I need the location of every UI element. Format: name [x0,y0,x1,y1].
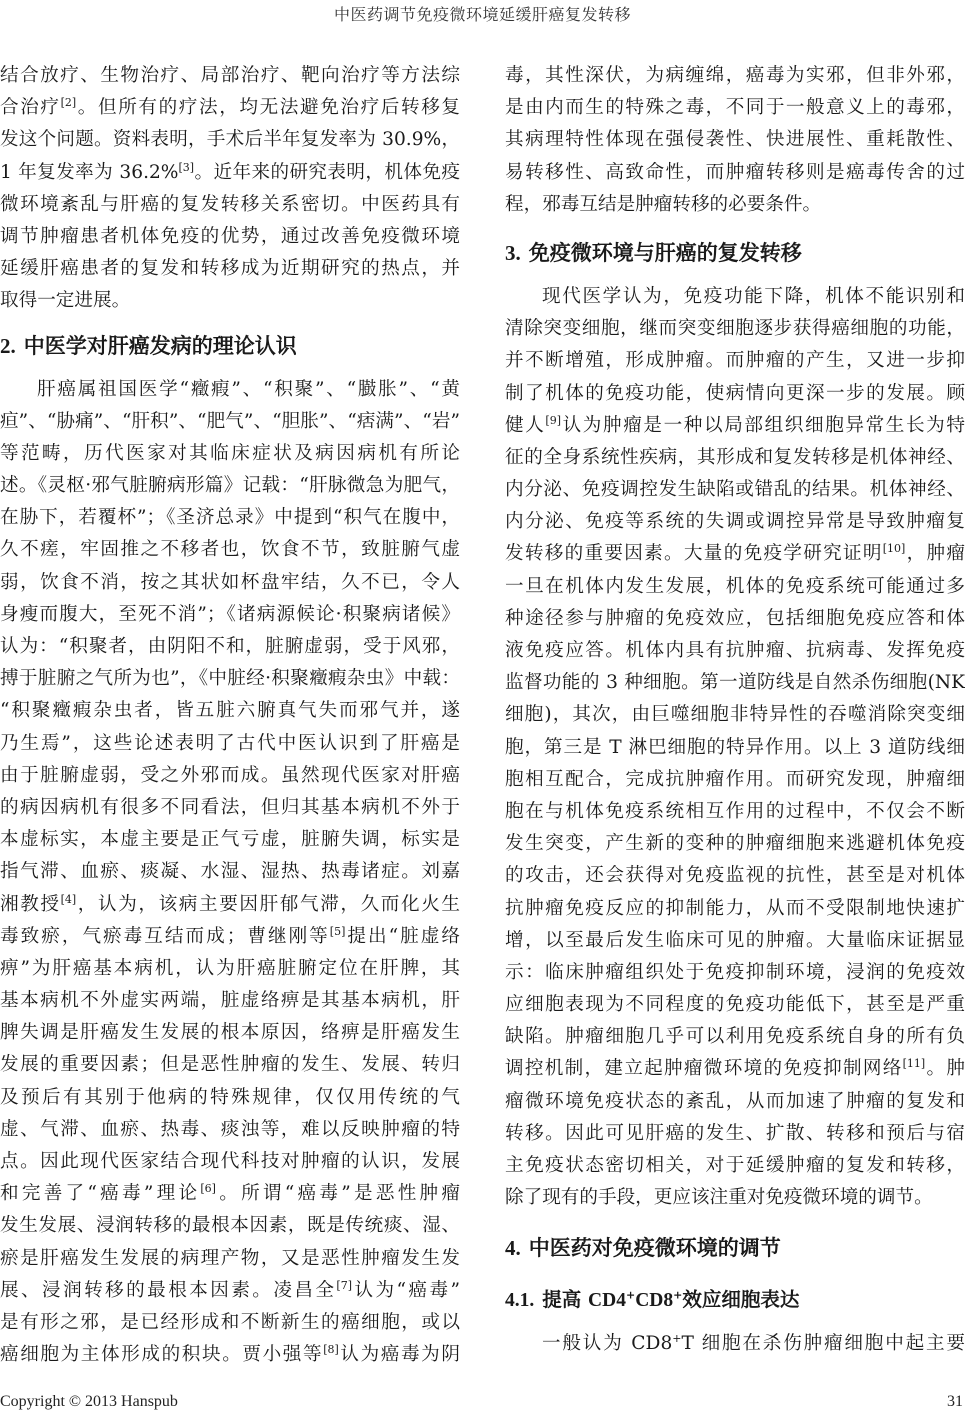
section-4-heading: 4.中医药对免疫微环境的调节 [505,1220,965,1276]
text-run: ，肿瘤 [905,543,965,564]
text-line: 痹”为肝癌基本病机，认为肝癌脏腑定位在肝脾，其 [0,953,460,985]
text-run: 由于脏腑虚弱，受之外邪而成。虽然现代医家对肝癌 [0,765,460,786]
section-number: 4. [505,1236,521,1260]
right-column: 毒，其性深伏，为病缠绵，癌毒为实邪，但非外邪，是由内而生的特殊之毒，不同于一般意… [505,60,965,1361]
citation-superscript: [9] [545,414,561,427]
citation-superscript: [10] [883,542,906,555]
superscript-plus: + [626,1289,635,1302]
text-line: 发展的重要因素；但是恶性肿瘤的发生、发展、转归 [0,1049,460,1081]
text-run: 发展的重要因素；但是恶性肿瘤的发生、发展、转归 [0,1054,460,1075]
text-run: T 细胞在杀伤肿瘤细胞中起主要 [682,1333,965,1354]
section-4-1-body: 一般认为 CD8+T 细胞在杀伤肿瘤细胞中起主要 [505,1328,965,1360]
continuation-paragraph: 毒，其性深伏，为病缠绵，癌毒为实邪，但非外邪，是由内而生的特殊之毒，不同于一般意… [505,60,965,221]
text-line: 增，以至最后发生临床可见的肿瘤。大量临床证据显 [505,925,965,957]
text-line: 虚、气滞、血瘀、热毒、痰浊等，难以反映肿瘤的特 [0,1114,460,1146]
text-line: 易转移性、高致命性，而肿瘤转移则是癌毒传舍的过 [505,157,965,189]
text-run: 主免疫状态密切相关，对于延缓肿瘤的复发和转移， [505,1155,965,1176]
text-line: 延缓肝癌患者的复发和转移成为近期研究的热点，并 [0,253,460,285]
text-line: 发生突变，产生新的变种的肿瘤细胞来逃避机体免疫 [505,828,965,860]
text-run: 搏于脏腑之气所为也”，《中脏经·积聚癥瘕杂虫》中载： [0,668,460,689]
text-run: “积聚癥瘕杂虫者，皆五脏六腑真气失而邪气并，遂 [0,700,460,721]
text-run: 指气滞、血瘀、痰凝、水湿、湿热、热毒诸症。刘嘉 [0,861,460,882]
text-line: 瘀是肝癌发生发展的病理产物，又是恶性肿瘤发生发 [0,1243,460,1275]
text-run: 及预后有其别于他病的特殊规律，仅仅用传统的气 [0,1087,460,1108]
text-line: 细胞)，其次，由巨噬细胞非特异性的吞噬消除突变细 [505,699,965,731]
citation-superscript: [11] [903,1057,926,1070]
text-line: 的攻击，还会获得对免疫监视的抗性，甚至是对机体 [505,860,965,892]
intro-paragraph: 结合放疗、生物治疗、局部治疗、靶向治疗等方法综合治疗[2]。但所有的疗法，均无法… [0,60,460,318]
citation-superscript: [8] [323,1343,339,1356]
text-run: 制了机体的免疫功能，使病情向更深一步的发展。顾 [505,383,965,404]
text-run: 的病因病机有很多不同看法，但归其基本病机不外于 [0,797,460,818]
text-run: 健人 [505,415,545,436]
section-2-heading: 2.中医学对肝癌发病的理论认识 [0,318,460,374]
citation-superscript: [3] [178,160,194,173]
text-line: 内分泌、免疫等系统的失调或调控异常是导致肿瘤复 [505,506,965,538]
copyright-footer: Copyright © 2013 Hanspub [0,1393,178,1411]
left-column: 结合放疗、生物治疗、局部治疗、靶向治疗等方法综合治疗[2]。但所有的疗法，均无法… [0,60,460,1371]
text-run: 胞相互配合，完成抗肿瘤作用。而研究发现，肿瘤细 [505,769,965,790]
text-run: 缺陷。肿瘤细胞几乎可以利用免疫系统自身的所有负 [505,1026,965,1047]
section-number: 3. [505,241,521,265]
cd4-label: CD4 [588,1290,626,1311]
text-line: 湘教授[4]，认为，该病主要因肝郁气滞，久而化火生 [0,889,460,921]
text-line: 久不瘥，牢固推之不移者也，饮食不节，致脏腑气虚 [0,534,460,566]
text-run: 发转移的重要因素。大量的免疫学研究证明 [505,543,883,564]
text-line: 抗肿瘤免疫反应的抑制能力，从而不受限制地快速扩 [505,893,965,925]
text-run: 身瘦而腹大，至死不消”；《诸病源候论·积聚病诸候》 [0,604,460,625]
text-run: 是有形之邪，是已经形成和不断新生的癌细胞，或以 [0,1312,460,1333]
section-number: 2. [0,334,16,358]
text-run: 久不瘥，牢固推之不移者也，饮食不节，致脏腑气虚 [0,539,460,560]
text-line: 调节肿瘤患者机体免疫的优势，通过改善免疫微环境 [0,221,460,253]
text-run: 合治疗 [0,97,61,118]
text-line: 毒致瘀，气瘀毒互结而成；曹继刚等[5]提出“脏虚络 [0,921,460,953]
text-line: 制了机体的免疫功能，使病情向更深一步的发展。顾 [505,378,965,410]
text-run: 在胁下，若覆杯”；《圣济总录》中提到“积气在腹中， [0,507,460,528]
text-run: 增，以至最后发生临床可见的肿瘤。大量临床证据显 [505,930,965,951]
text-line: 的病因病机有很多不同看法，但归其基本病机不外于 [0,792,460,824]
text-run: 的攻击，还会获得对免疫监视的抗性，甚至是对机体 [505,865,965,886]
text-line: 脾失调是肝癌发生发展的根本原因，络痹是肝癌发生 [0,1017,460,1049]
text-line: 和完善了“癌毒”理论[6]。所谓“癌毒”是恶性肿瘤 [0,1178,460,1210]
text-run: 转移。因此可见肝癌的发生、扩散、转移和预后与宿 [505,1123,965,1144]
text-line: 是有形之邪，是已经形成和不断新生的癌细胞，或以 [0,1307,460,1339]
text-run: 虚、气滞、血瘀、热毒、痰浊等，难以反映肿瘤的特 [0,1119,460,1140]
text-line: 1 年复发率为 36.2%[3]。近年来的研究表明，机体免疫 [0,157,460,189]
text-run: 认为：“积聚者，由阴阳不和，脏腑虚弱，受于风邪， [0,636,460,657]
text-line: 胞相互配合，完成抗肿瘤作用。而研究发现，肿瘤细 [505,764,965,796]
text-line: 瘤微环境免疫状态的紊乱，从而加速了肿瘤的复发和 [505,1086,965,1118]
superscript-plus: + [673,1289,682,1302]
text-run: 示：临床肿瘤组织处于免疫抑制环境，浸润的免疫效 [505,962,965,983]
text-line: 液免疫应答。机体内具有抗肿瘤、抗病毒、发挥免疫 [505,635,965,667]
text-line: 一般认为 CD8+T 细胞在杀伤肿瘤细胞中起主要 [505,1328,965,1360]
text-line: 健人[9]认为肿瘤是一种以局部组织细胞异常生长为特 [505,410,965,442]
text-line: 乃生焉”，这些论述表明了古代中医认识到了肝癌是 [0,728,460,760]
citation-superscript: [2] [61,96,77,109]
text-run: 清除突变细胞，继而突变细胞逐步获得癌细胞的功能， [505,318,965,339]
text-run: ，认为，该病主要因肝郁气滞，久而化火生 [76,894,460,915]
text-run: 点。因此现代医家结合现代科技对肿瘤的认识，发展 [0,1151,460,1172]
text-run: 除了现有的手段，更应该注重对免疫微环境的调节。 [505,1187,933,1208]
text-line: 除了现有的手段，更应该注重对免疫微环境的调节。 [505,1182,965,1214]
text-run: 提出“脏虚络 [345,926,460,947]
text-run: 毒，其性深伏，为病缠绵，癌毒为实邪，但非外邪， [505,65,965,86]
text-line: 并不断增殖，形成肿瘤。而肿瘤的产生，又进一步抑 [505,345,965,377]
text-run: 延缓肝癌患者的复发和转移成为近期研究的热点，并 [0,258,460,279]
text-line: 肝癌属祖国医学“癥瘕”、“积聚”、“臌胀”、“黄 [0,374,460,406]
text-run: 一般认为 CD8 [542,1333,672,1354]
text-run: 并不断增殖，形成肿瘤。而肿瘤的产生，又进一步抑 [505,350,965,371]
section-title: 中医药对免疫微环境的调节 [529,1236,781,1260]
text-run: 胞在与机体免疫系统相互作用的过程中，不仅会不断 [505,801,965,822]
text-line: 本虚标实，本虚主要是正气亏虚，脏腑失调，标实是 [0,824,460,856]
page-number: 31 [947,1393,963,1411]
text-line: 等范畴，历代医家对其临床症状及病因病机有所论 [0,438,460,470]
cd8-label: CD8 [635,1290,673,1311]
text-run: 毒致瘀，气瘀毒互结而成；曹继刚等 [0,926,330,947]
text-run: 应细胞表现为不同程度的免疫功能低下，甚至是严重 [505,994,965,1015]
text-line: 癌细胞为主体形成的积块。贾小强等[8]认为癌毒为阴 [0,1339,460,1371]
text-line: 指气滞、血瘀、痰凝、水湿、湿热、热毒诸症。刘嘉 [0,856,460,888]
text-run: 本虚标实，本虚主要是正气亏虚，脏腑失调，标实是 [0,829,460,850]
text-line: 监督功能的 3 种细胞。第一道防线是自然杀伤细胞(NK [505,667,965,699]
text-line: 缺陷。肿瘤细胞几乎可以利用免疫系统自身的所有负 [505,1021,965,1053]
text-line: 一旦在机体内发生发展，机体的免疫系统可能通过多 [505,571,965,603]
text-run: 易转移性、高致命性，而肿瘤转移则是癌毒传舍的过 [505,162,965,183]
text-run: 细胞)，其次，由巨噬细胞非特异性的吞噬消除突变细 [505,704,965,725]
text-run: 一旦在机体内发生发展，机体的免疫系统可能通过多 [505,576,965,597]
text-run: 抗肿瘤免疫反应的抑制能力，从而不受限制地快速扩 [505,898,965,919]
citation-superscript: + [672,1332,681,1345]
text-run: 是由内而生的特殊之毒，不同于一般意义上的毒邪， [505,97,965,118]
text-line: 微环境紊乱与肝癌的复发转移关系密切。中医药具有 [0,189,460,221]
text-run: 内分泌、免疫等系统的失调或调控异常是导致肿瘤复 [505,511,965,532]
subsection-4-1-heading: 4.1.提高 CD4+CD8+效应细胞表达 [505,1276,965,1324]
text-line: 应细胞表现为不同程度的免疫功能低下，甚至是严重 [505,989,965,1021]
text-line: 发这个问题。资料表明，手术后半年复发率为 30.9%， [0,124,460,156]
text-run: 痹”为肝癌基本病机，认为肝癌脏腑定位在肝脾，其 [0,958,460,979]
section-2-body: 肝癌属祖国医学“癥瘕”、“积聚”、“臌胀”、“黄疸”、“胁痛”、“肝积”、“肥气… [0,374,460,1372]
text-run: 乃生焉”，这些论述表明了古代中医认识到了肝癌是 [0,733,460,754]
text-run: 肝癌属祖国医学“癥瘕”、“积聚”、“臌胀”、“黄 [37,379,460,400]
text-run: 结合放疗、生物治疗、局部治疗、靶向治疗等方法综 [0,65,460,86]
text-run: 。近年来的研究表明，机体免疫 [194,162,460,183]
text-line: 内分泌、免疫调控发生缺陷或错乱的结果。机体神经、 [505,474,965,506]
text-run: 湘教授 [0,894,61,915]
text-run: 认为肿瘤是一种以局部组织细胞异常生长为特 [561,415,965,436]
text-line: 发转移的重要因素。大量的免疫学研究证明[10]，肿瘤 [505,538,965,570]
text-run: 疸”、“胁痛”、“肝积”、“肥气”、“胆胀”、“痞满”、“岩” [0,411,460,432]
text-run: 展、浸润转移的最根本因素。凌昌全 [0,1280,336,1301]
text-line: 身瘦而腹大，至死不消”；《诸病源候论·积聚病诸候》 [0,599,460,631]
text-line: 是由内而生的特殊之毒，不同于一般意义上的毒邪， [505,92,965,124]
text-line: 清除突变细胞，继而突变细胞逐步获得癌细胞的功能， [505,313,965,345]
text-run: 液免疫应答。机体内具有抗肿瘤、抗病毒、发挥免疫 [505,640,965,661]
text-line: 现代医学认为，免疫功能下降，机体不能识别和 [505,281,965,313]
citation-superscript: [5] [330,925,346,938]
text-line: 展、浸润转移的最根本因素。凌昌全[7]认为“癌毒” [0,1275,460,1307]
text-line: 点。因此现代医家结合现代科技对肿瘤的认识，发展 [0,1146,460,1178]
text-line: 认为：“积聚者，由阴阳不和，脏腑虚弱，受于风邪， [0,631,460,663]
text-run: 述。《灵枢·邪气脏腑病形篇》记载：“肝脉微急为肥气， [0,475,460,496]
text-run: 癌细胞为主体形成的积块。贾小强等 [0,1344,323,1365]
text-line: 结合放疗、生物治疗、局部治疗、靶向治疗等方法综 [0,60,460,92]
subsection-number: 4.1. [505,1290,534,1311]
text-run: 其病理特性体现在强侵袭性、快进展性、重耗散性、 [505,129,965,150]
section-title: 免疫微环境与肝癌的复发转移 [529,241,802,265]
text-line: 合治疗[2]。但所有的疗法，均无法避免治疗后转移复 [0,92,460,124]
text-line: 程，邪毒互结是肿瘤转移的必要条件。 [505,189,965,221]
text-line: 主免疫状态密切相关，对于延缓肿瘤的复发和转移， [505,1150,965,1182]
text-run: 认为“癌毒” [352,1280,460,1301]
text-line: 调控机制，建立起肿瘤微环境的免疫抑制网络[11]。肿 [505,1053,965,1085]
text-run: 弱，饮食不消，按之其状如杯盘牢结，久不已，令人 [0,572,460,593]
running-title: 中医药调节免疫微环境延缓肝癌复发转移 [0,2,965,25]
citation-superscript: [7] [336,1279,352,1292]
citation-superscript: [4] [61,892,77,905]
text-line: 弱，饮食不消，按之其状如杯盘牢结，久不已，令人 [0,567,460,599]
text-line: 发生发展、浸润转移的最根本因素，既是传统痰、湿、 [0,1210,460,1242]
text-run: 程，邪毒互结是肿瘤转移的必要条件。 [505,194,821,215]
text-line: 转移。因此可见肝癌的发生、扩散、转移和预后与宿 [505,1118,965,1150]
text-line: 毒，其性深伏，为病缠绵，癌毒为实邪，但非外邪， [505,60,965,92]
text-run: 认为癌毒为阴 [339,1344,460,1365]
text-run: 发生突变，产生新的变种的肿瘤细胞来逃避机体免疫 [505,833,965,854]
text-run: 基本病机不外虚实两端，脏虚络痹是其基本病机，肝 [0,990,460,1011]
text-line: 述。《灵枢·邪气脏腑病形篇》记载：“肝脉微急为肥气， [0,470,460,502]
text-line: 胞，第三是 T 淋巴细胞的特异作用。以上 3 道防线细 [505,732,965,764]
text-run: 调节肿瘤患者机体免疫的优势，通过改善免疫微环境 [0,226,460,247]
text-line: 取得一定进展。 [0,285,460,317]
text-run: 。所谓“癌毒”是恶性肿瘤 [216,1183,460,1204]
text-run: 。但所有的疗法，均无法避免治疗后转移复 [76,97,460,118]
text-run: 发生发展、浸润转移的最根本因素，既是传统痰、湿、 [0,1215,460,1236]
text-run: 脾失调是肝癌发生发展的根本原因，络痹是肝癌发生 [0,1022,460,1043]
text-line: 征的全身系统性疾病，其形成和复发转移是机体神经、 [505,442,965,474]
text-line: 其病理特性体现在强侵袭性、快进展性、重耗散性、 [505,124,965,156]
text-run: 微环境紊乱与肝癌的复发转移关系密切。中医药具有 [0,194,460,215]
text-line: 及预后有其别于他病的特殊规律，仅仅用传统的气 [0,1082,460,1114]
text-run: 调控机制，建立起肿瘤微环境的免疫抑制网络 [505,1058,903,1079]
text-run: 瘀是肝癌发生发展的病理产物，又是恶性肿瘤发生发 [0,1248,460,1269]
text-run: 1 年复发率为 36.2% [0,162,178,183]
text-run: 等范畴，历代医家对其临床症状及病因病机有所论 [0,443,460,464]
text-run: 。肿 [925,1058,965,1079]
section-3-body: 现代医学认为，免疫功能下降，机体不能识别和清除突变细胞，继而突变细胞逐步获得癌细… [505,281,965,1214]
text-run: 和完善了“癌毒”理论 [0,1183,200,1204]
text-run: 种途径参与肿瘤的免疫效应，包括细胞免疫应答和体 [505,608,965,629]
text-line: “积聚癥瘕杂虫者，皆五脏六腑真气失而邪气并，遂 [0,695,460,727]
text-run: 内分泌、免疫调控发生缺陷或错乱的结果。机体神经、 [505,479,965,500]
subsection-title-pre: 提高 [542,1288,588,1311]
subsection-title-post: 效应细胞表达 [682,1288,799,1311]
section-3-heading: 3.免疫微环境与肝癌的复发转移 [505,225,965,281]
text-run: 瘤微环境免疫状态的紊乱，从而加速了肿瘤的复发和 [505,1091,965,1112]
text-line: 疸”、“胁痛”、“肝积”、“肥气”、“胆胀”、“痞满”、“岩” [0,406,460,438]
text-line: 搏于脏腑之气所为也”，《中脏经·积聚癥瘕杂虫》中载： [0,663,460,695]
text-run: 胞，第三是 T 淋巴细胞的特异作用。以上 3 道防线细 [505,737,965,758]
text-run: 现代医学认为，免疫功能下降，机体不能识别和 [542,286,965,307]
text-line: 在胁下，若覆杯”；《圣济总录》中提到“积气在腹中， [0,502,460,534]
text-run: 取得一定进展。 [0,290,130,311]
text-run: 征的全身系统性疾病，其形成和复发转移是机体神经、 [505,447,965,468]
section-title: 中医学对肝癌发病的理论认识 [24,334,297,358]
text-line: 胞在与机体免疫系统相互作用的过程中，不仅会不断 [505,796,965,828]
text-line: 由于脏腑虚弱，受之外邪而成。虽然现代医家对肝癌 [0,760,460,792]
text-line: 种途径参与肿瘤的免疫效应，包括细胞免疫应答和体 [505,603,965,635]
text-run: 监督功能的 3 种细胞。第一道防线是自然杀伤细胞(NK [505,672,965,693]
text-run: 发这个问题。资料表明，手术后半年复发率为 30.9%， [0,129,460,150]
text-line: 基本病机不外虚实两端，脏虚络痹是其基本病机，肝 [0,985,460,1017]
text-line: 示：临床肿瘤组织处于免疫抑制环境，浸润的免疫效 [505,957,965,989]
citation-superscript: [6] [200,1182,216,1195]
